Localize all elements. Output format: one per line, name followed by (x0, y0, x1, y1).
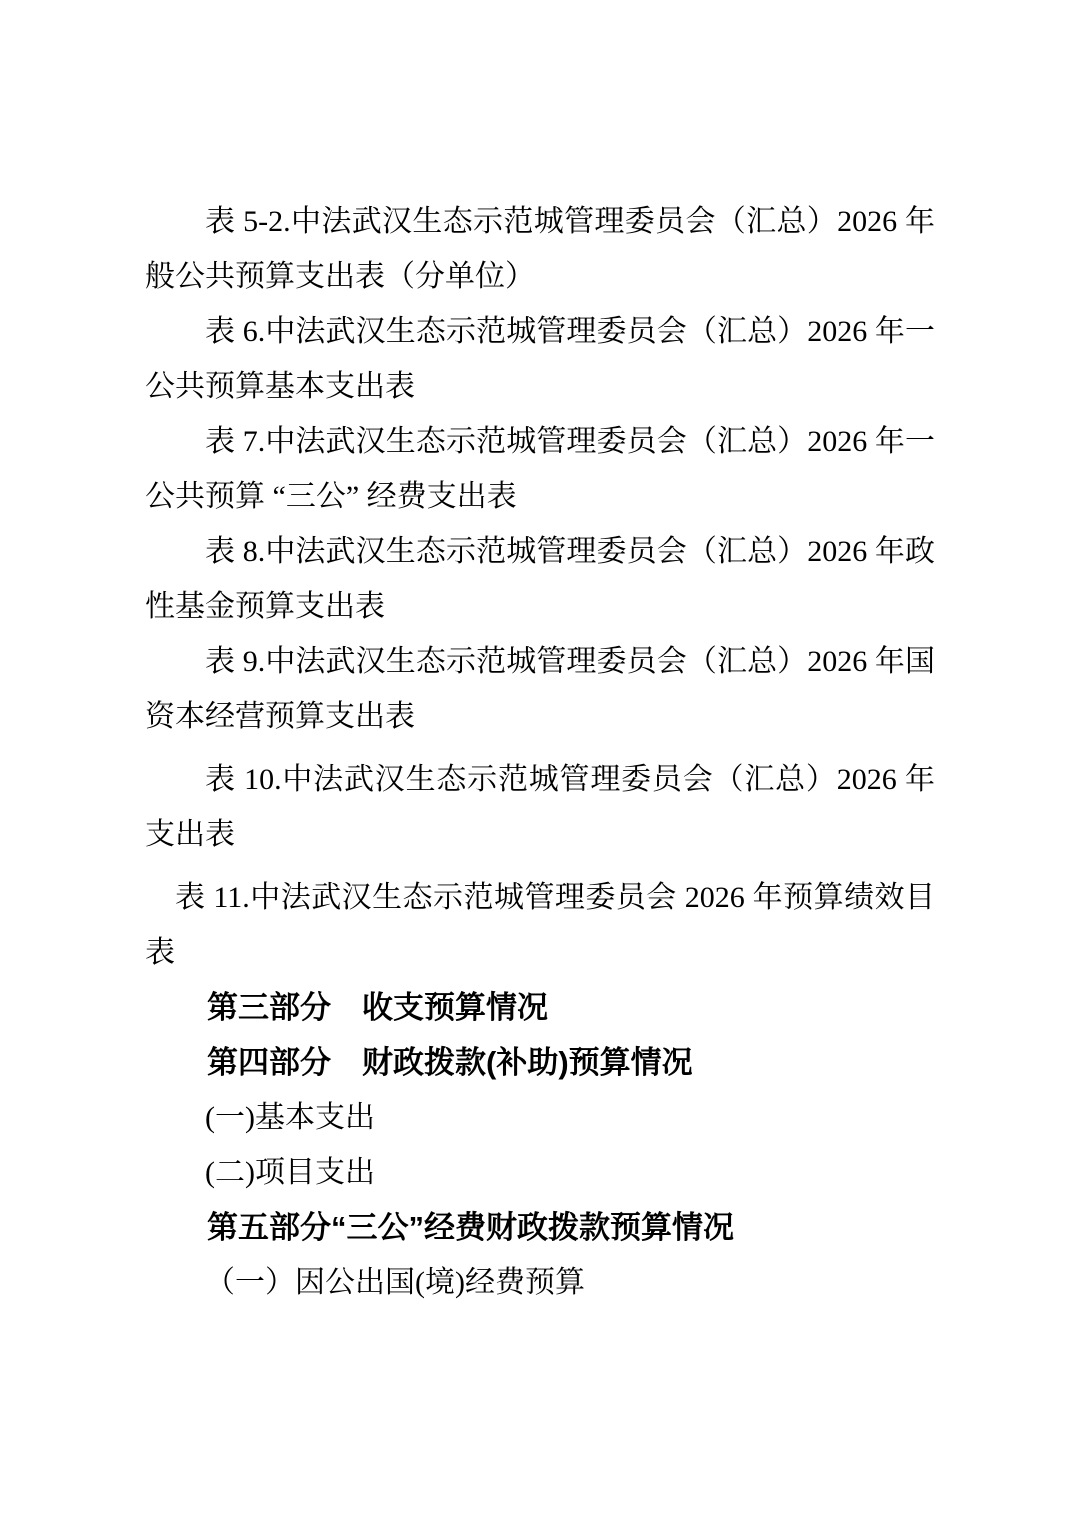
document-page: 表 5-2.中法武汉生态示范城管理委员会（汇总）2026 年一 般公共预算支出表… (0, 0, 1074, 1520)
heading-line: 第五部分“三公”经费财政拨款预算情况 (145, 1200, 935, 1255)
toc-entry-line: 表 11.中法武汉生态示范城管理委员会 2026 年预算绩效目标 (145, 870, 935, 925)
toc-entry-table-5-2: 表 5-2.中法武汉生态示范城管理委员会（汇总）2026 年一 般公共预算支出表… (145, 194, 935, 304)
toc-entry-line: (一)基本支出 (145, 1090, 935, 1145)
item-project-expenditure: (二)项目支出 (145, 1145, 935, 1200)
toc-entry-line: 资本经营预算支出表 (145, 689, 935, 744)
heading-line: 第三部分 收支预算情况 (145, 980, 935, 1035)
toc-entry-line: 表 5-2.中法武汉生态示范城管理委员会（汇总）2026 年一 (145, 194, 935, 249)
toc-entry-table-10: 表 10.中法武汉生态示范城管理委员会（汇总）2026 年项目 支出表 (145, 752, 935, 862)
toc-entry-table-7: 表 7.中法武汉生态示范城管理委员会（汇总）2026 年一般 公共预算 “三公”… (145, 414, 935, 524)
toc-entry-line: 表 10.中法武汉生态示范城管理委员会（汇总）2026 年项目 (145, 752, 935, 807)
toc-entry-line: （一）因公出国(境)经费预算 (145, 1255, 935, 1310)
item-overseas-trip-budget: （一）因公出国(境)经费预算 (145, 1255, 935, 1310)
toc-entry-line: 表 6.中法武汉生态示范城管理委员会（汇总）2026 年一般 (145, 304, 935, 359)
heading-line: 第四部分 财政拨款(补助)预算情况 (145, 1035, 935, 1090)
toc-entry-line: 般公共预算支出表（分单位） (145, 249, 935, 304)
toc-entry-line: 表 (145, 925, 935, 980)
toc-entry-line: 性基金预算支出表 (145, 579, 935, 634)
item-basic-expenditure: (一)基本支出 (145, 1090, 935, 1145)
toc-entry-table-6: 表 6.中法武汉生态示范城管理委员会（汇总）2026 年一般 公共预算基本支出表 (145, 304, 935, 414)
table-of-contents: 表 5-2.中法武汉生态示范城管理委员会（汇总）2026 年一 般公共预算支出表… (145, 194, 935, 1310)
toc-entry-table-9: 表 9.中法武汉生态示范城管理委员会（汇总）2026 年国有 资本经营预算支出表 (145, 634, 935, 744)
toc-entry-line: 表 7.中法武汉生态示范城管理委员会（汇总）2026 年一般 (145, 414, 935, 469)
toc-entry-line: (二)项目支出 (145, 1145, 935, 1200)
toc-entry-line: 表 9.中法武汉生态示范城管理委员会（汇总）2026 年国有 (145, 634, 935, 689)
heading-part-4: 第四部分 财政拨款(补助)预算情况 (145, 1035, 935, 1090)
toc-entry-table-8: 表 8.中法武汉生态示范城管理委员会（汇总）2026 年政府 性基金预算支出表 (145, 524, 935, 634)
toc-entry-table-11: 表 11.中法武汉生态示范城管理委员会 2026 年预算绩效目标 表 (145, 870, 935, 980)
heading-part-5: 第五部分“三公”经费财政拨款预算情况 (145, 1200, 935, 1255)
toc-entry-line: 公共预算 “三公” 经费支出表 (145, 469, 935, 524)
toc-entry-line: 表 8.中法武汉生态示范城管理委员会（汇总）2026 年政府 (145, 524, 935, 579)
heading-part-3: 第三部分 收支预算情况 (145, 980, 935, 1035)
toc-entry-line: 公共预算基本支出表 (145, 359, 935, 414)
toc-entry-line: 支出表 (145, 807, 935, 862)
